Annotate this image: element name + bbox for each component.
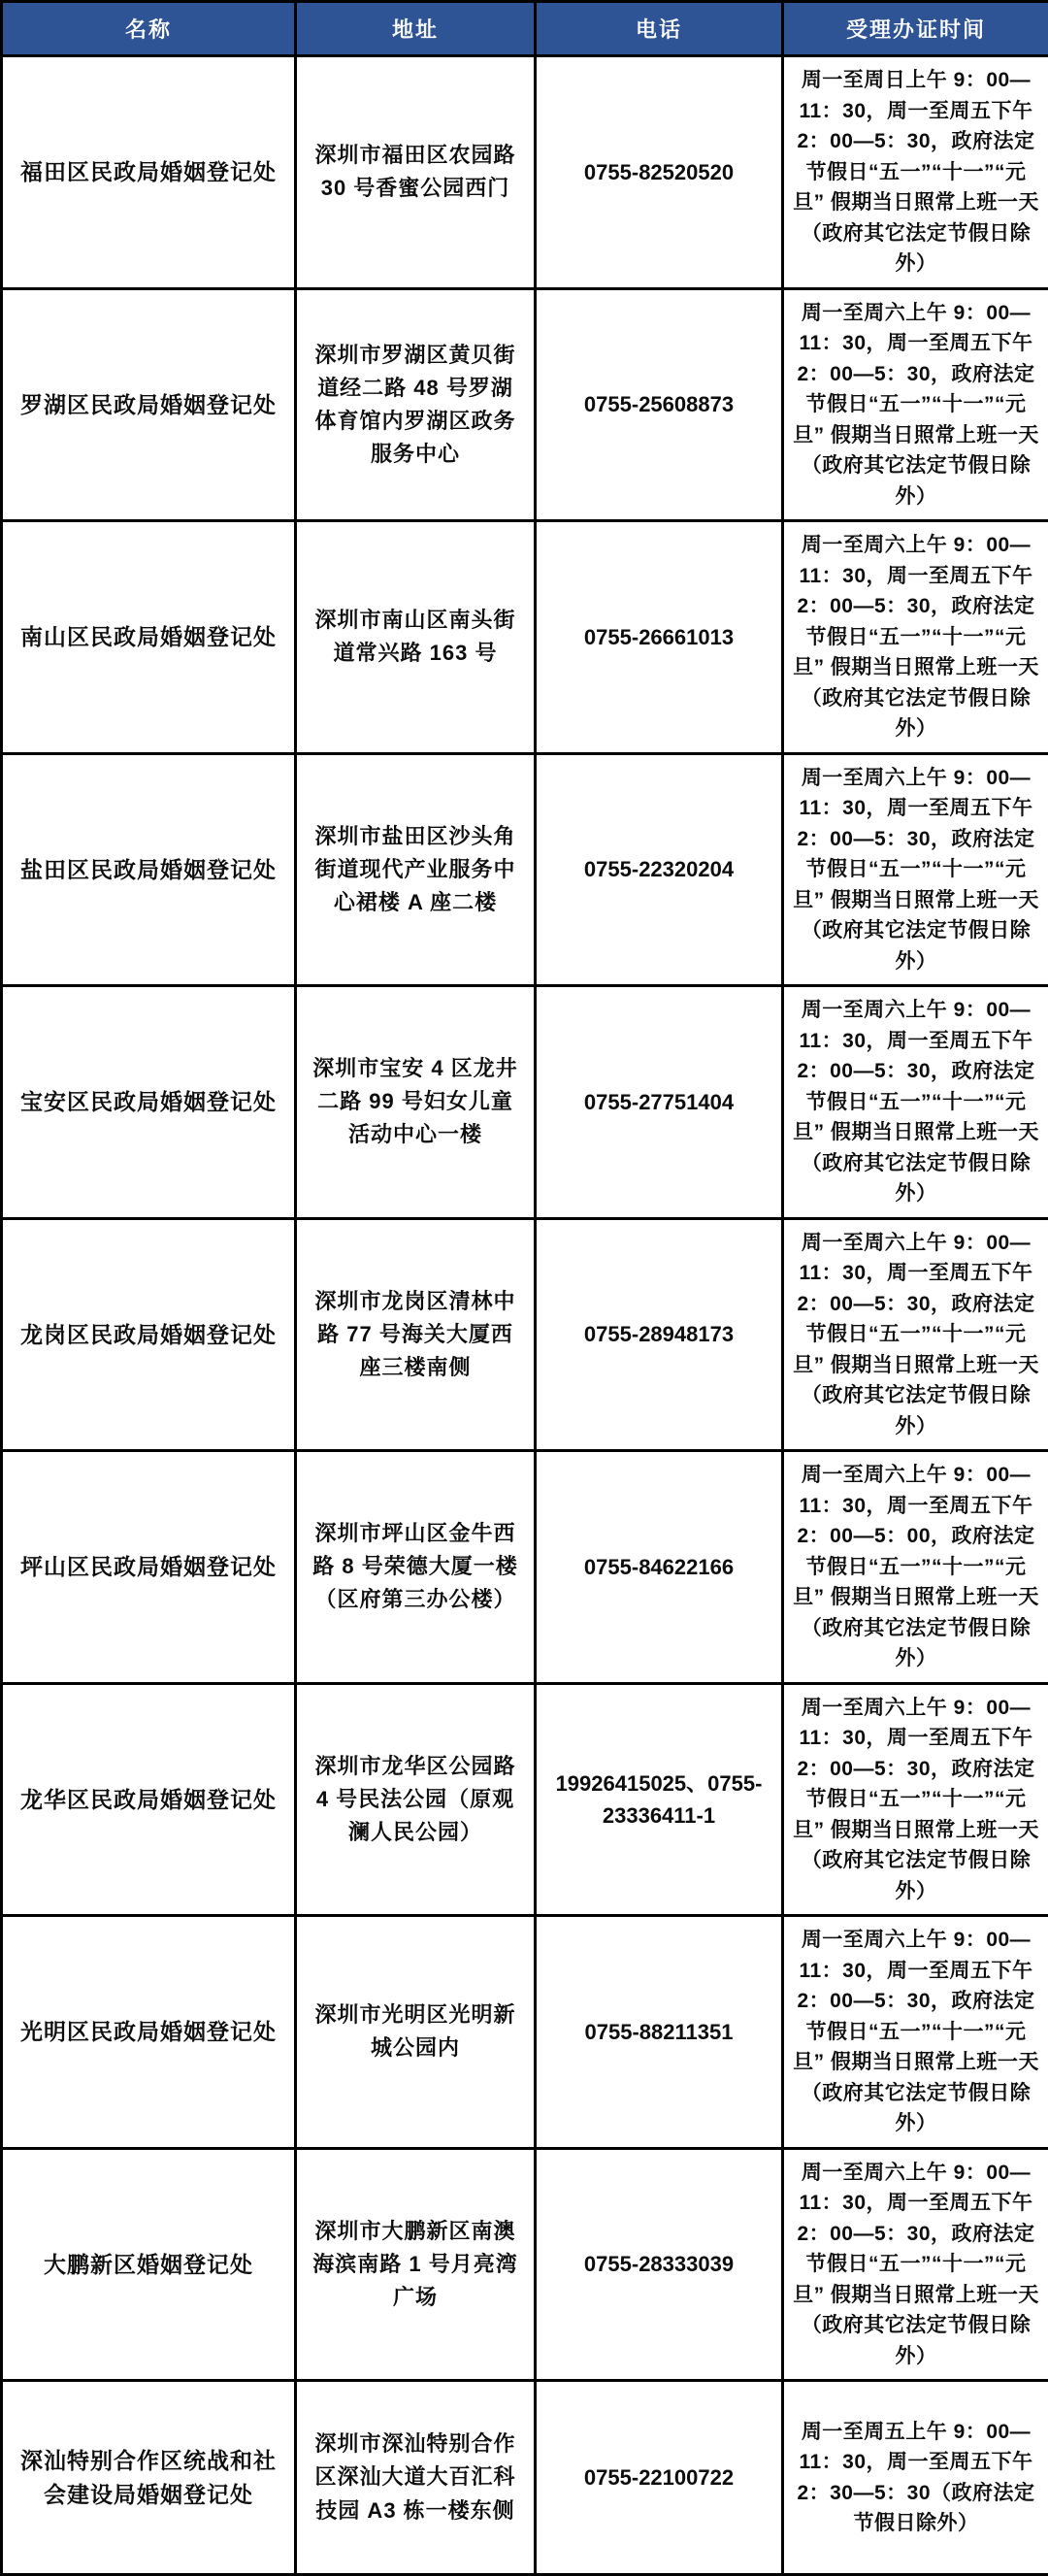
column-header-name: 名称 xyxy=(2,2,296,56)
office-hours-cell: 周一至周五上午 9：00—11：30，周一至周五下午 2：30—5：30（政府法… xyxy=(783,2381,1048,2575)
office-name-cell: 深汕特别合作区统战和社会建设局婚姻登记处 xyxy=(2,2381,296,2575)
office-name-cell: 宝安区民政局婚姻登记处 xyxy=(2,986,296,1219)
office-hours-cell: 周一至周六上午 9：00—11：30，周一至周五下午 2：00—5：30，政府法… xyxy=(783,2148,1048,2381)
office-hours-cell: 周一至周六上午 9：00—11：30，周一至周五下午 2：00—5：30，政府法… xyxy=(783,1916,1048,2149)
office-phone-cell: 19926415025、0755-23336411-1 xyxy=(536,1683,783,1916)
office-name-cell: 龙岗区民政局婚姻登记处 xyxy=(2,1218,296,1451)
office-name-cell: 盐田区民政局婚姻登记处 xyxy=(2,753,296,986)
office-hours-cell: 周一至周日上午 9：00—11：30，周一至周五下午 2：00—5：30，政府法… xyxy=(783,56,1048,289)
table-row-pingshan: 坪山区民政局婚姻登记处 深圳市坪山区金牛西路 8 号荣德大厦一楼（区府第三办公楼… xyxy=(2,1451,1048,1684)
office-phone-cell: 0755-22320204 xyxy=(536,753,783,986)
office-address-cell: 深圳市盐田区沙头角街道现代产业服务中心裙楼 A 座二楼 xyxy=(296,753,536,986)
office-phone-cell: 0755-28333039 xyxy=(536,2148,783,2381)
office-name-cell: 福田区民政局婚姻登记处 xyxy=(2,56,296,289)
column-header-phone: 电话 xyxy=(536,2,783,56)
table-row-nanshan: 南山区民政局婚姻登记处 深圳市南山区南头街道常兴路 163 号 0755-266… xyxy=(2,521,1048,754)
office-name-cell: 光明区民政局婚姻登记处 xyxy=(2,1916,296,2149)
office-phone-cell: 0755-84622166 xyxy=(536,1451,783,1684)
office-name-cell: 坪山区民政局婚姻登记处 xyxy=(2,1451,296,1684)
office-phone-cell: 0755-28948173 xyxy=(536,1218,783,1451)
table-row-yantian: 盐田区民政局婚姻登记处 深圳市盐田区沙头角街道现代产业服务中心裙楼 A 座二楼 … xyxy=(2,753,1048,986)
office-name-cell: 罗湖区民政局婚姻登记处 xyxy=(2,288,296,521)
office-address-cell: 深圳市龙岗区清林中路 77 号海关大厦西座三楼南侧 xyxy=(296,1218,536,1451)
table-row-baoan: 宝安区民政局婚姻登记处 深圳市宝安 4 区龙井二路 99 号妇女儿童活动中心一楼… xyxy=(2,986,1048,1219)
office-address-cell: 深圳市罗湖区黄贝街道经二路 48 号罗湖体育馆内罗湖区政务服务中心 xyxy=(296,288,536,521)
office-phone-cell: 0755-82520520 xyxy=(536,56,783,289)
table-row-guangming: 光明区民政局婚姻登记处 深圳市光明区光明新城公园内 0755-88211351 … xyxy=(2,1916,1048,2149)
table-row-longgang: 龙岗区民政局婚姻登记处 深圳市龙岗区清林中路 77 号海关大厦西座三楼南侧 07… xyxy=(2,1218,1048,1451)
registration-offices-table: 名称 地址 电话 受理办证时间 福田区民政局婚姻登记处 深圳市福田区农园路 30… xyxy=(0,0,1048,2576)
table-header: 名称 地址 电话 受理办证时间 xyxy=(2,2,1048,56)
office-address-cell: 深圳市坪山区金牛西路 8 号荣德大厦一楼（区府第三办公楼） xyxy=(296,1451,536,1684)
office-hours-cell: 周一至周六上午 9：00—11：30，周一至周五下午 2：00—5：30，政府法… xyxy=(783,1218,1048,1451)
office-hours-cell: 周一至周六上午 9：00—11：30，周一至周五下午 2：00—5：30，政府法… xyxy=(783,521,1048,754)
office-phone-cell: 0755-26661013 xyxy=(536,521,783,754)
office-hours-cell: 周一至周六上午 9：00—11：30，周一至周五下午 2：00—5：30，政府法… xyxy=(783,986,1048,1219)
office-hours-cell: 周一至周六上午 9：00—11：30，周一至周五下午 2：00—5：30，政府法… xyxy=(783,1683,1048,1916)
office-address-cell: 深圳市南山区南头街道常兴路 163 号 xyxy=(296,521,536,754)
table-row-longhua: 龙华区民政局婚姻登记处 深圳市龙华区公园路 4 号民法公园（原观澜人民公园） 1… xyxy=(2,1683,1048,1916)
office-address-cell: 深圳市龙华区公园路 4 号民法公园（原观澜人民公园） xyxy=(296,1683,536,1916)
office-hours-cell: 周一至周六上午 9：00—11：30，周一至周五下午 2：00—5：30，政府法… xyxy=(783,753,1048,986)
office-phone-cell: 0755-88211351 xyxy=(536,1916,783,2149)
table-row-futian: 福田区民政局婚姻登记处 深圳市福田区农园路 30 号香蜜公园西门 0755-82… xyxy=(2,56,1048,289)
office-phone-cell: 0755-25608873 xyxy=(536,288,783,521)
office-address-cell: 深圳市深汕特别合作区深汕大道大百汇科技园 A3 栋一楼东侧 xyxy=(296,2381,536,2575)
office-phone-cell: 0755-22100722 xyxy=(536,2381,783,2575)
office-name-cell: 大鹏新区婚姻登记处 xyxy=(2,2148,296,2381)
office-address-cell: 深圳市大鹏新区南澳海滨南路 1 号月亮湾广场 xyxy=(296,2148,536,2381)
office-hours-cell: 周一至周六上午 9：00—11：30，周一至周五下午 2：00—5：00，政府法… xyxy=(783,1451,1048,1684)
table-body: 福田区民政局婚姻登记处 深圳市福田区农园路 30 号香蜜公园西门 0755-82… xyxy=(2,56,1048,2575)
office-address-cell: 深圳市福田区农园路 30 号香蜜公园西门 xyxy=(296,56,536,289)
office-address-cell: 深圳市光明区光明新城公园内 xyxy=(296,1916,536,2149)
table-row-luohu: 罗湖区民政局婚姻登记处 深圳市罗湖区黄贝街道经二路 48 号罗湖体育馆内罗湖区政… xyxy=(2,288,1048,521)
table-row-dapeng: 大鹏新区婚姻登记处 深圳市大鹏新区南澳海滨南路 1 号月亮湾广场 0755-28… xyxy=(2,2148,1048,2381)
office-name-cell: 南山区民政局婚姻登记处 xyxy=(2,521,296,754)
office-name-cell: 龙华区民政局婚姻登记处 xyxy=(2,1683,296,1916)
office-hours-cell: 周一至周六上午 9：00—11：30，周一至周五下午 2：00—5：30，政府法… xyxy=(783,288,1048,521)
marriage-registration-offices: 名称 地址 电话 受理办证时间 福田区民政局婚姻登记处 深圳市福田区农园路 30… xyxy=(0,0,1048,2576)
header-row: 名称 地址 电话 受理办证时间 xyxy=(2,2,1048,56)
column-header-hours: 受理办证时间 xyxy=(783,2,1048,56)
column-header-address: 地址 xyxy=(296,2,536,56)
office-phone-cell: 0755-27751404 xyxy=(536,986,783,1219)
table-row-shenshan: 深汕特别合作区统战和社会建设局婚姻登记处 深圳市深汕特别合作区深汕大道大百汇科技… xyxy=(2,2381,1048,2575)
office-address-cell: 深圳市宝安 4 区龙井二路 99 号妇女儿童活动中心一楼 xyxy=(296,986,536,1219)
